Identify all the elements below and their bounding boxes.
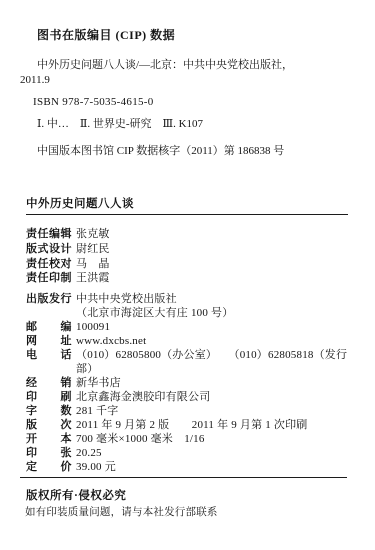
pub-row: 经 销 新华书店 [26, 376, 351, 390]
quality-note: 如有印装质量问题，请与本社发行部联系 [25, 506, 351, 520]
pub-label: 字 数 [26, 404, 72, 418]
pub-value: 新华书店 [76, 376, 121, 390]
cip-entry-line1: 中外历史问题八人谈/—北京：中共中央党校出版社， [37, 58, 351, 73]
pub-row: 网 址 www.dxcbs.net [26, 334, 351, 348]
divider-rule [20, 477, 347, 478]
pub-row: 电 话 （010）62805800（办公室） （010）62805818（发行部… [26, 348, 351, 376]
cip-entry-line2: 2011.9 [20, 73, 351, 88]
staff-row: 责任印制 王洪霞 [26, 271, 351, 286]
staff-label: 责任编辑 [26, 227, 72, 242]
pub-row: 版 次 2011 年 9 月第 2 版 2011 年 9 月第 1 次印刷 [26, 418, 351, 432]
pub-label: 版 次 [26, 418, 72, 432]
pub-value: 北京鑫海金澳胶印有限公司 [76, 390, 210, 404]
staff-label: 责任印制 [26, 271, 72, 286]
isbn-line: ISBN 978-7-5035-4615-0 [33, 95, 351, 110]
pub-row: 定 价 39.00 元 [26, 460, 351, 474]
pub-label: 邮 编 [26, 320, 72, 334]
publishing-info: 出版发行 中共中央党校出版社 （北京市海淀区大有庄 100 号） 邮 编 100… [26, 292, 351, 474]
pub-value: 100091 [76, 320, 110, 334]
pub-value: www.dxcbs.net [76, 334, 146, 348]
staff-list: 责任编辑 张克敏 版式设计 尉红民 责任校对 马 晶 责任印制 王洪霞 [26, 227, 351, 286]
pub-label: 网 址 [26, 334, 72, 348]
pub-label: 印 张 [26, 446, 72, 460]
pub-value: （010）62805800（办公室） （010）62805818（发行部） [76, 348, 351, 376]
pub-value: 2011 年 9 月第 2 版 2011 年 9 月第 1 次印刷 [76, 418, 307, 432]
staff-value: 张克敏 [76, 227, 110, 242]
pub-label: 定 价 [26, 460, 72, 474]
staff-row: 责任校对 马 晶 [26, 257, 351, 272]
staff-label: 版式设计 [26, 242, 72, 257]
pub-label: 电 话 [26, 348, 72, 376]
pub-label: 印 刷 [26, 390, 72, 404]
staff-value: 王洪霞 [76, 271, 110, 286]
pub-value: 中共中央党校出版社 [76, 292, 177, 306]
pub-label: 经 销 [26, 376, 72, 390]
publisher-address: （北京市海淀区大有庄 100 号） [76, 306, 351, 320]
classification-line: Ⅰ. 中… Ⅱ. 世界史-研究 Ⅲ. K107 [37, 117, 351, 132]
cip-record-line: 中国版本图书馆 CIP 数据核字（2011）第 186838 号 [37, 144, 351, 159]
cip-heading: 图书在版编目 (CIP) 数据 [37, 28, 351, 42]
pub-row: 印 刷 北京鑫海金澳胶印有限公司 [26, 390, 351, 404]
staff-value: 马 晶 [76, 257, 110, 272]
pub-row: 印 张 20.25 [26, 446, 351, 460]
pub-row: 出版发行 中共中央党校出版社 [26, 292, 351, 306]
pub-row: 邮 编 100091 [26, 320, 351, 334]
pub-value: 39.00 元 [76, 460, 116, 474]
pub-value: 281 千字 [76, 404, 118, 418]
staff-value: 尉红民 [76, 242, 110, 257]
copyright-page: 图书在版编目 (CIP) 数据 中外历史问题八人谈/—北京：中共中央党校出版社，… [0, 0, 375, 550]
pub-row: 开 本 700 毫米×1000 毫米 1/16 [26, 432, 351, 446]
pub-value: 700 毫米×1000 毫米 1/16 [76, 432, 205, 446]
book-title: 中外历史问题八人谈 [26, 197, 348, 215]
pub-label: 开 本 [26, 432, 72, 446]
pub-value: 20.25 [76, 446, 102, 460]
staff-row: 责任编辑 张克敏 [26, 227, 351, 242]
copyright-notice: 版权所有·侵权必究 [26, 489, 351, 503]
staff-label: 责任校对 [26, 257, 72, 272]
staff-row: 版式设计 尉红民 [26, 242, 351, 257]
pub-label: 出版发行 [26, 292, 72, 306]
pub-row: 字 数 281 千字 [26, 404, 351, 418]
